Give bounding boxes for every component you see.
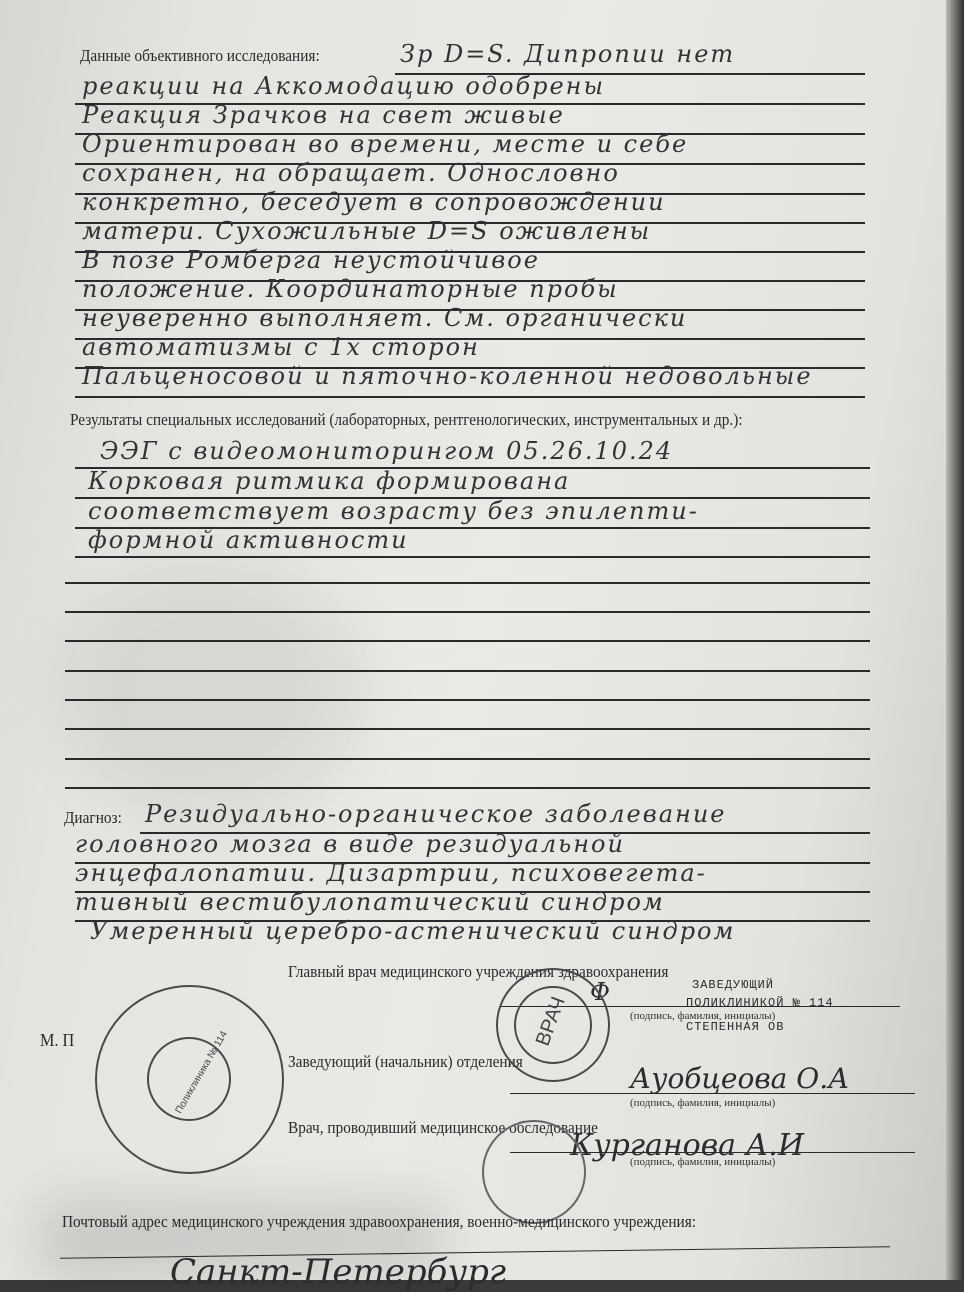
objective-line-11: автоматизмы с 1х сторон bbox=[82, 333, 480, 361]
rule bbox=[510, 1093, 915, 1094]
postal-address-handwritten: Санкт-Петербург bbox=[170, 1252, 506, 1280]
objective-line-8: В позе Ромберга неустойчивое bbox=[82, 246, 540, 274]
objective-line-1: Зр D=S. Дипропии нет bbox=[400, 40, 735, 68]
special-line-2: Корковая ритмика формирована bbox=[88, 467, 570, 495]
special-line-1: ЭЭГ с видеомониторингом 05.26.10.24 bbox=[100, 437, 673, 465]
doctor-seal: ВРАЧ bbox=[496, 968, 610, 1082]
rule bbox=[75, 556, 870, 558]
special-studies-label: Результаты специальных исследований (лаб… bbox=[70, 410, 743, 430]
diagnosis-line-2: головного мозга в виде резидуальной bbox=[75, 830, 625, 858]
objective-line-6: конкретно, беседует в сопровождении bbox=[82, 188, 666, 216]
blank-rule bbox=[65, 582, 870, 584]
objective-line-5: сохранен, на обращает. Однословно bbox=[82, 159, 620, 187]
objective-line-9: положение. Координаторные пробы bbox=[82, 275, 619, 303]
diagnosis-line-3: энцефалопатии. Дизартрии, психовегета- bbox=[75, 859, 707, 887]
blank-rule bbox=[65, 758, 870, 760]
head-of-department-label: Заведующий (начальник) отделения bbox=[288, 1052, 523, 1072]
diagnosis-label: Диагноз: bbox=[64, 808, 122, 828]
diagnosis-line-1: Резидуально-органическое заболевание bbox=[145, 800, 726, 828]
rule bbox=[75, 396, 865, 398]
special-line-4: формной активности bbox=[88, 526, 409, 554]
objective-line-7: матери. Сухожильные D=S оживлены bbox=[82, 217, 651, 245]
objective-line-3: Реакция Зрачков на свет живые bbox=[82, 101, 565, 129]
head-signature: Ауобцеова О.А bbox=[630, 1062, 849, 1095]
objective-line-4: Ориентирован во времени, месте и себе bbox=[82, 130, 688, 158]
document-page: Данные объективного исследования: Зр D=S… bbox=[0, 0, 964, 1280]
objective-line-12: Пальценосовой и пяточно-коленной недовол… bbox=[82, 362, 813, 390]
postal-address-label: Почтовый адрес медицинского учреждения з… bbox=[62, 1212, 696, 1232]
objective-line-10: неуверенно выполняет. См. органически bbox=[82, 304, 687, 332]
blank-rule bbox=[65, 670, 870, 672]
blank-rule bbox=[65, 611, 870, 613]
chief-stamp-line-1: ЗАВЕДУЮЩИЙ bbox=[692, 978, 774, 992]
objective-exam-label: Данные объективного исследования: bbox=[80, 46, 320, 66]
diagnosis-line-4: тивный вестибулопатический синдром bbox=[75, 888, 665, 916]
institution-seal: Поликлиника № 114 bbox=[95, 985, 284, 1174]
examining-caption: (подпись, фамилия, инициалы) bbox=[630, 1156, 775, 1168]
chief-doctor-label: Главный врач медицинского учреждения здр… bbox=[288, 962, 668, 982]
blank-rule bbox=[65, 728, 870, 730]
blank-rule bbox=[65, 699, 870, 701]
special-line-3: соответствует возрасту без эпилепти- bbox=[88, 497, 699, 525]
blank-rule bbox=[65, 787, 870, 789]
diagnosis-line-5: Умеренный церебро-астенический синдром bbox=[90, 917, 735, 945]
seal-place-label: М. П bbox=[40, 1030, 74, 1051]
second-doctor-seal bbox=[482, 1120, 586, 1224]
chief-stamp-line-3: СТЕПЕННАЯ ОВ bbox=[686, 1020, 784, 1034]
blank-rule bbox=[65, 640, 870, 642]
photo-shadow bbox=[60, 560, 360, 820]
chief-stamp-line-2: ПОЛИКЛИНИКОЙ № 114 bbox=[686, 996, 834, 1010]
objective-line-2: реакции на Аккомодацию одобрены bbox=[82, 72, 605, 100]
head-caption: (подпись, фамилия, инициалы) bbox=[630, 1097, 775, 1109]
page-edge bbox=[946, 0, 964, 1280]
